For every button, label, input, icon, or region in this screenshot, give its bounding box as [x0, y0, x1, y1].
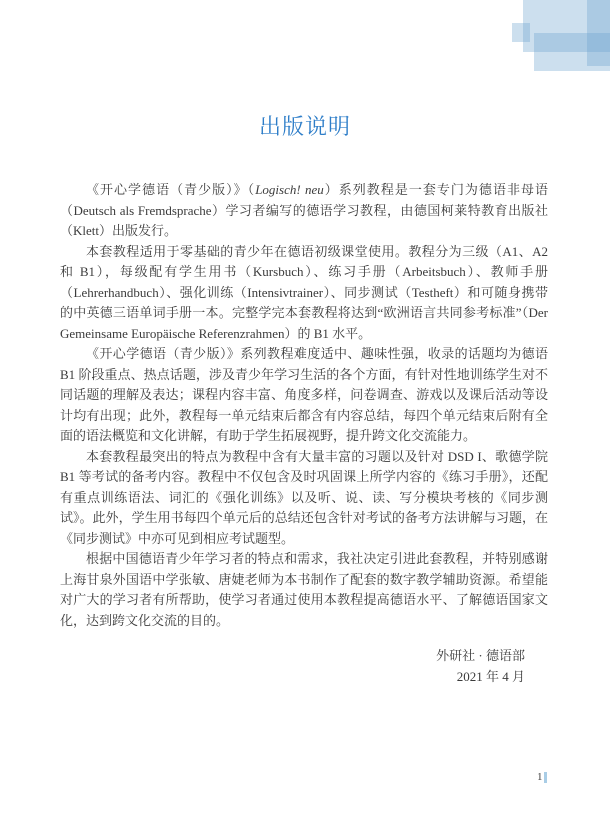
page-footer: 1 — [537, 771, 547, 784]
paragraph-intro: 《开心学德语（青少版）》（Logisch! neu）系列教程是一套专门为德语非母… — [60, 180, 548, 242]
paragraph-exercises: 本套教程最突出的特点为教程中含有大量丰富的习题以及针对 DSD I、歌德学院 B… — [60, 447, 548, 550]
paragraph-acknowledgement: 根据中国德语青少年学习者的特点和需求，我社决定引进此套教程，并特别感谢上海甘泉外… — [60, 549, 548, 631]
deco-square-small — [512, 23, 530, 42]
page-title: 出版说明 — [0, 110, 610, 141]
signature-date: 2021 年 4 月 — [60, 666, 525, 687]
paragraph-text: 《开心学德语（青少版）》（ — [86, 182, 255, 197]
series-title-italic: Logisch! neu — [255, 182, 324, 197]
publication-note-page: 出版说明 《开心学德语（青少版）》（Logisch! neu）系列教程是一套专门… — [0, 0, 610, 824]
signature-block: 外研社 · 德语部 2021 年 4 月 — [60, 645, 548, 687]
paragraph-topics: 《开心学德语（青少版）》系列教程难度适中、趣味性强，收录的话题均为德语 B1 阶… — [60, 344, 548, 447]
paragraph-course-levels: 本套教程适用于零基础的青少年在德语初级课堂使用。教程分为三级（A1、A2 和 B… — [60, 242, 548, 345]
page-number: 1 — [537, 771, 543, 784]
deco-square-strip — [534, 52, 610, 71]
page-number-accent-bar — [544, 772, 547, 783]
signature-organization: 外研社 · 德语部 — [60, 645, 525, 666]
body-text: 《开心学德语（青少版）》（Logisch! neu）系列教程是一套专门为德语非母… — [60, 180, 548, 631]
deco-square-band — [534, 33, 610, 52]
